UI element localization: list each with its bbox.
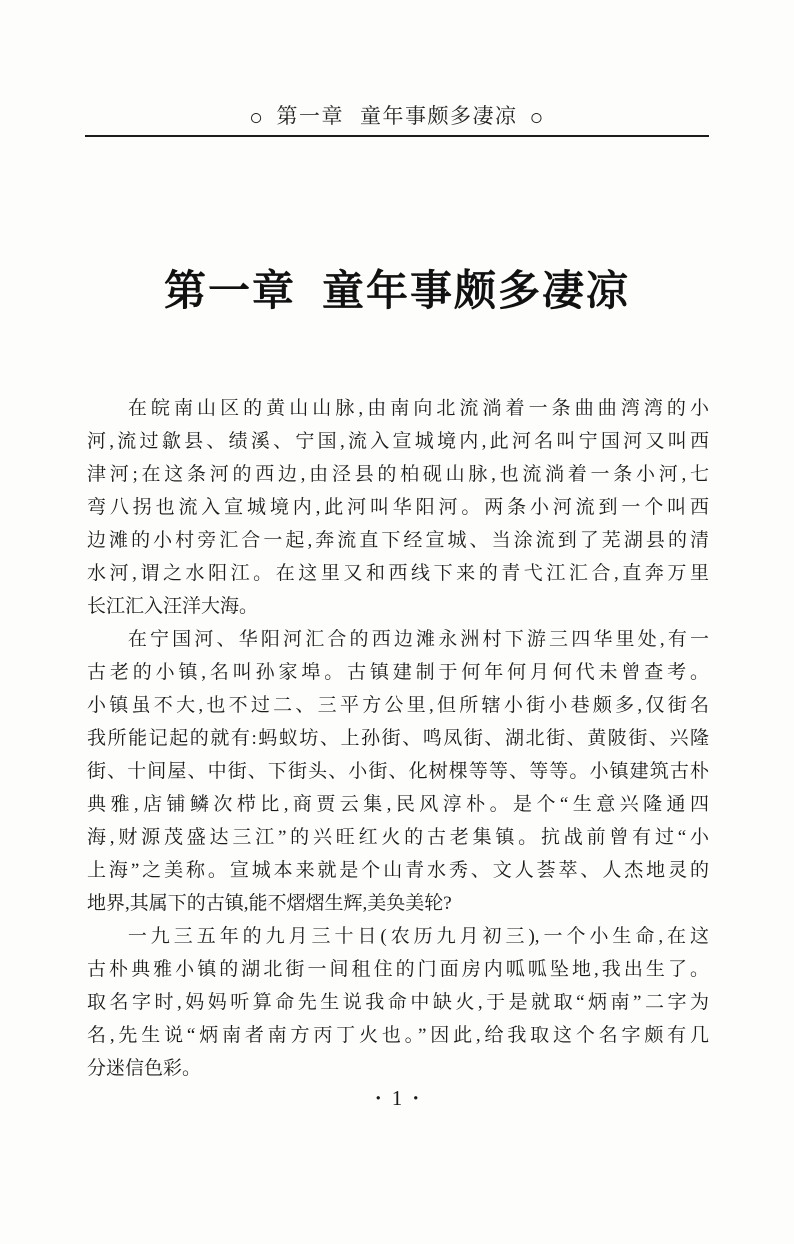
text-line: 分迷信色彩。 <box>87 1052 709 1085</box>
text-line: 古朴典雅小镇的湖北街一间租住的门面房内呱呱坠地,我出生了。 <box>87 953 709 986</box>
text-line: 小镇虽不大,也不过二、三平方公里,但所辖小街小巷颇多,仅街名 <box>87 689 709 722</box>
book-page: ○第一章童年事颇多凄凉○ 第一章童年事颇多凄凉 在皖南山区的黄山山脉,由南向北流… <box>0 0 794 1244</box>
body-text: 在皖南山区的黄山山脉,由南向北流淌着一条曲曲湾湾的小河,流过歙县、绩溪、宁国,流… <box>87 392 709 1085</box>
text-line: 我所能记起的就有:蚂蚁坊、上孙街、鸣凤街、湖北街、黄陂街、兴隆 <box>87 722 709 755</box>
text-line: 地界,其属下的古镇,能不熠熠生辉,美奂美轮? <box>87 887 709 920</box>
text-line: 在皖南山区的黄山山脉,由南向北流淌着一条曲曲湾湾的小 <box>87 392 709 425</box>
text-line: 边滩的小村旁汇合一起,奔流直下经宣城、当涂流到了芜湖县的清 <box>87 524 709 557</box>
text-line: 古老的小镇,名叫孙家埠。古镇建制于何年何月何代未曾查考。 <box>87 656 709 689</box>
header-circle-ornament-left: ○ <box>249 105 264 130</box>
text-line: 河,流过歙县、绩溪、宁国,流入宣城境内,此河名叫宁国河又叫西 <box>87 425 709 458</box>
chapter-title: 第一章童年事颇多凄凉 <box>0 258 794 318</box>
text-line: 取名字时,妈妈听算命先生说我命中缺火,于是就取“炳南”二字为 <box>87 986 709 1019</box>
text-line: 长江汇入汪洋大海。 <box>87 590 709 623</box>
page-number-dot-left: · <box>375 1086 382 1110</box>
text-line: 弯八拐也流入宣城境内,此河叫华阳河。两条小河流到一个叫西 <box>87 491 709 524</box>
text-line: 在宁国河、华阳河汇合的西边滩永洲村下游三四华里处,有一 <box>87 623 709 656</box>
page-number-dot-right: · <box>412 1086 419 1110</box>
page-number: ·1· <box>0 1086 794 1111</box>
running-header: ○第一章童年事颇多凄凉○ <box>0 100 794 131</box>
header-rule <box>85 135 709 137</box>
text-line: 街、十间屋、中街、下街头、小街、化树棵等等、等等。小镇建筑古朴 <box>87 755 709 788</box>
text-line: 津河;在这条河的西边,由泾县的柏砚山脉,也流淌着一条小河,七 <box>87 458 709 491</box>
page-number-value: 1 <box>392 1086 403 1110</box>
text-line: 典雅,店铺鳞次栉比,商贾云集,民风淳朴。是个“生意兴隆通四 <box>87 788 709 821</box>
chapter-name: 童年事颇多凄凉 <box>322 267 630 314</box>
text-line: 水河,谓之水阳江。在这里又和西线下来的青弋江汇合,直奔万里 <box>87 557 709 590</box>
header-chapter-title: 童年事颇多凄凉 <box>360 104 518 128</box>
text-line: 一九三五年的九月三十日(农历九月初三),一个小生命,在这 <box>87 920 709 953</box>
header-circle-ornament-right: ○ <box>530 105 545 130</box>
text-line: 海,财源茂盛达三江”的兴旺红火的古老集镇。抗战前曾有过“小 <box>87 821 709 854</box>
chapter-number: 第一章 <box>164 267 296 314</box>
text-line: 名,先生说“炳南者南方丙丁火也。”因此,给我取这个名字颇有几 <box>87 1019 709 1052</box>
text-line: 上海”之美称。宣城本来就是个山青水秀、文人荟萃、人杰地灵的 <box>87 854 709 887</box>
header-chapter-label: 第一章 <box>277 104 345 128</box>
